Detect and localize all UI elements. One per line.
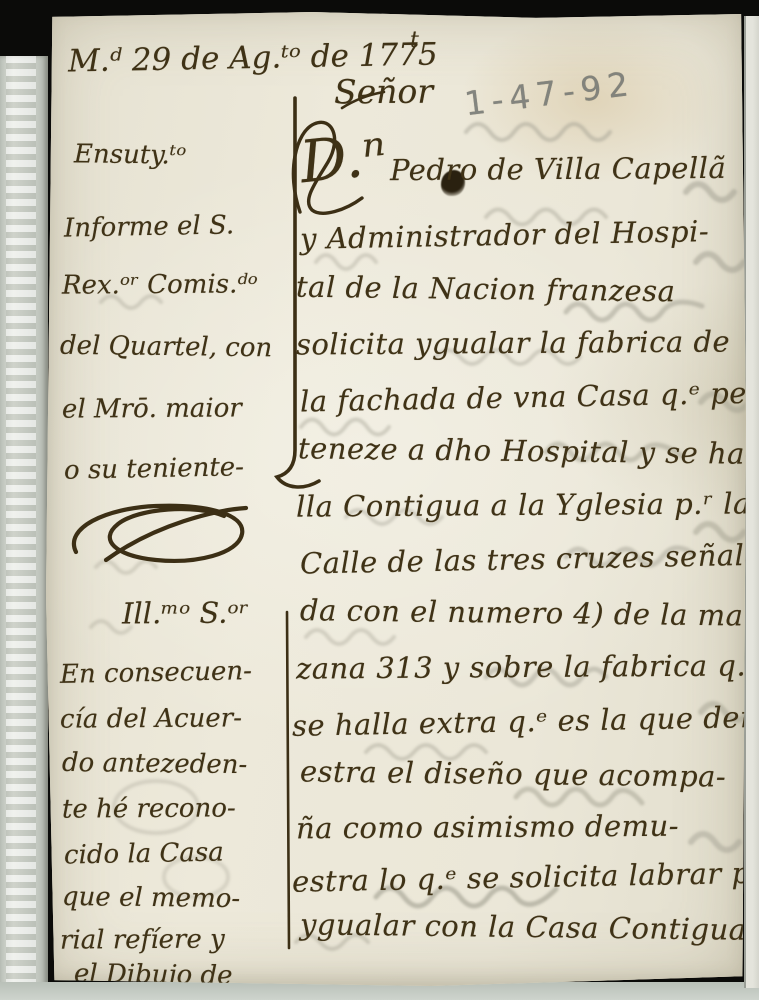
margin-response-line: do antezeden-	[62, 748, 248, 780]
body-line: tal de la Nacion franzesa	[296, 270, 676, 309]
body-line: da con el numero 4) de la man-	[300, 593, 746, 633]
margin-illmo-heading: Ill.ᵐᵒ S.ᵒʳ	[122, 596, 249, 631]
body-line: lla Contigua a la Yglesia p.ʳ la	[296, 486, 746, 523]
manuscript-scan: 1-47-92 M.ᵈ 29 de Ag.ᵗᵒ de 1775 t Señor …	[0, 0, 759, 1000]
scribe-rubric	[74, 506, 246, 561]
text-bracket-lower	[287, 612, 289, 948]
body-line: teneze a dho Hospital y se ha-	[298, 431, 746, 471]
margin-abbreviation: Ensuty.ᵗᵒ	[74, 139, 187, 170]
body-line: ygualar con la Casa Contigua	[300, 907, 746, 946]
margin-response-line: te hé recono-	[62, 793, 236, 824]
margin-note-line: del Quartel, con	[60, 331, 273, 364]
body-initial-dn: D.ⁿ	[297, 120, 390, 197]
body-line: estra el diseño que acompa-	[300, 754, 727, 793]
margin-response-line: En consecuen-	[60, 656, 252, 690]
body-line: Pedro de Villa Capellã	[390, 151, 726, 187]
margin-response-line: rial refíere y	[60, 924, 225, 955]
margin-note-line: Informe el S.	[64, 210, 235, 243]
binding-page-edge	[0, 56, 48, 1000]
margin-note-line: Rex.ᵒʳ Comis.ᵈᵒ	[62, 269, 258, 300]
margin-response-line: cido la Casa	[64, 837, 224, 870]
margin-response-line: cía del Acuer-	[60, 703, 242, 734]
body-line: zana 313 y sobre la fabrica q.ᵉ	[296, 648, 746, 685]
manuscript-page: 1-47-92 M.ᵈ 29 de Ag.ᵗᵒ de 1775 t Señor …	[46, 12, 746, 986]
body-line: solicita ygualar la fabrica de	[296, 324, 730, 361]
body-line: ña como asimismo demu-	[296, 809, 679, 846]
date-flourish-mark: t	[410, 28, 419, 53]
margin-note-line: o su teniente-	[64, 452, 244, 485]
margin-note-line: el Mrō. maior	[62, 393, 242, 424]
margin-response-line: que el memo-	[62, 882, 240, 914]
salutation: Señor	[334, 72, 433, 112]
right-page-edge	[744, 16, 759, 988]
